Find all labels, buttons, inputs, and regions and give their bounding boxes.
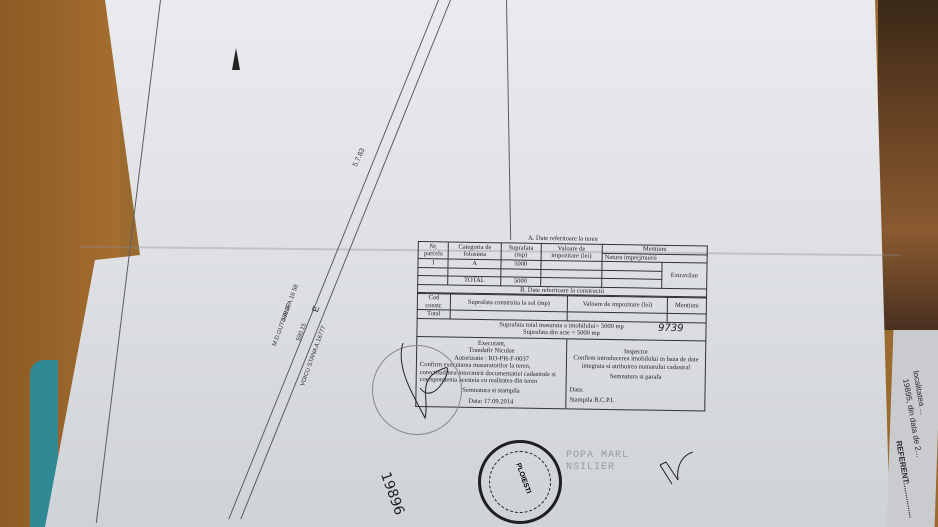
- col-nr: Nr. parcela: [418, 242, 449, 259]
- col-mentiuni-constr: Mentiuni: [667, 298, 706, 315]
- inspector-signature: Semnatura si parafa: [570, 372, 702, 382]
- col-valoare-constr: Valoare de impozitare (lei): [567, 296, 667, 314]
- table-surface-right: [878, 0, 938, 330]
- col-categorie: Categoria de folosinta: [449, 242, 502, 260]
- section-a-table: Nr. parcela Categoria de folosinta Supra…: [417, 241, 708, 289]
- cell: [602, 279, 662, 288]
- cell: TOTAL: [448, 276, 500, 285]
- cell-extravilan: Extravilan: [662, 263, 707, 289]
- col-suprafata: Suprafata (mp): [501, 243, 541, 261]
- cell: [540, 278, 602, 287]
- col-valoare: Valoare de impozitare (lei): [541, 244, 603, 262]
- inspector-date: Data:: [569, 386, 701, 396]
- north-arrow-icon: [232, 48, 240, 70]
- inspector-block: Inspector Confirm introducerea imobilulu…: [566, 339, 705, 411]
- handwritten-total: 9739: [658, 322, 684, 334]
- inspector-confirm: Confirm introducerea imobilului in baza …: [570, 354, 702, 371]
- cell: [667, 314, 706, 323]
- name-stamp: POPA MARL NSILIER: [566, 450, 636, 474]
- executant-signature-scribble: [395, 338, 465, 428]
- inspector-initials: [658, 450, 698, 490]
- inspector-stamp: Stampila B.C.P.I.: [569, 396, 701, 406]
- col-suprafata-constr: Suprafata construita la sol (mp): [450, 294, 567, 312]
- cell: Total: [417, 310, 450, 319]
- cell: [418, 276, 449, 285]
- official-stamp: PLOIESTI: [478, 440, 562, 524]
- col-cod: Cod constr.: [417, 294, 450, 310]
- cell: 5000: [500, 277, 540, 286]
